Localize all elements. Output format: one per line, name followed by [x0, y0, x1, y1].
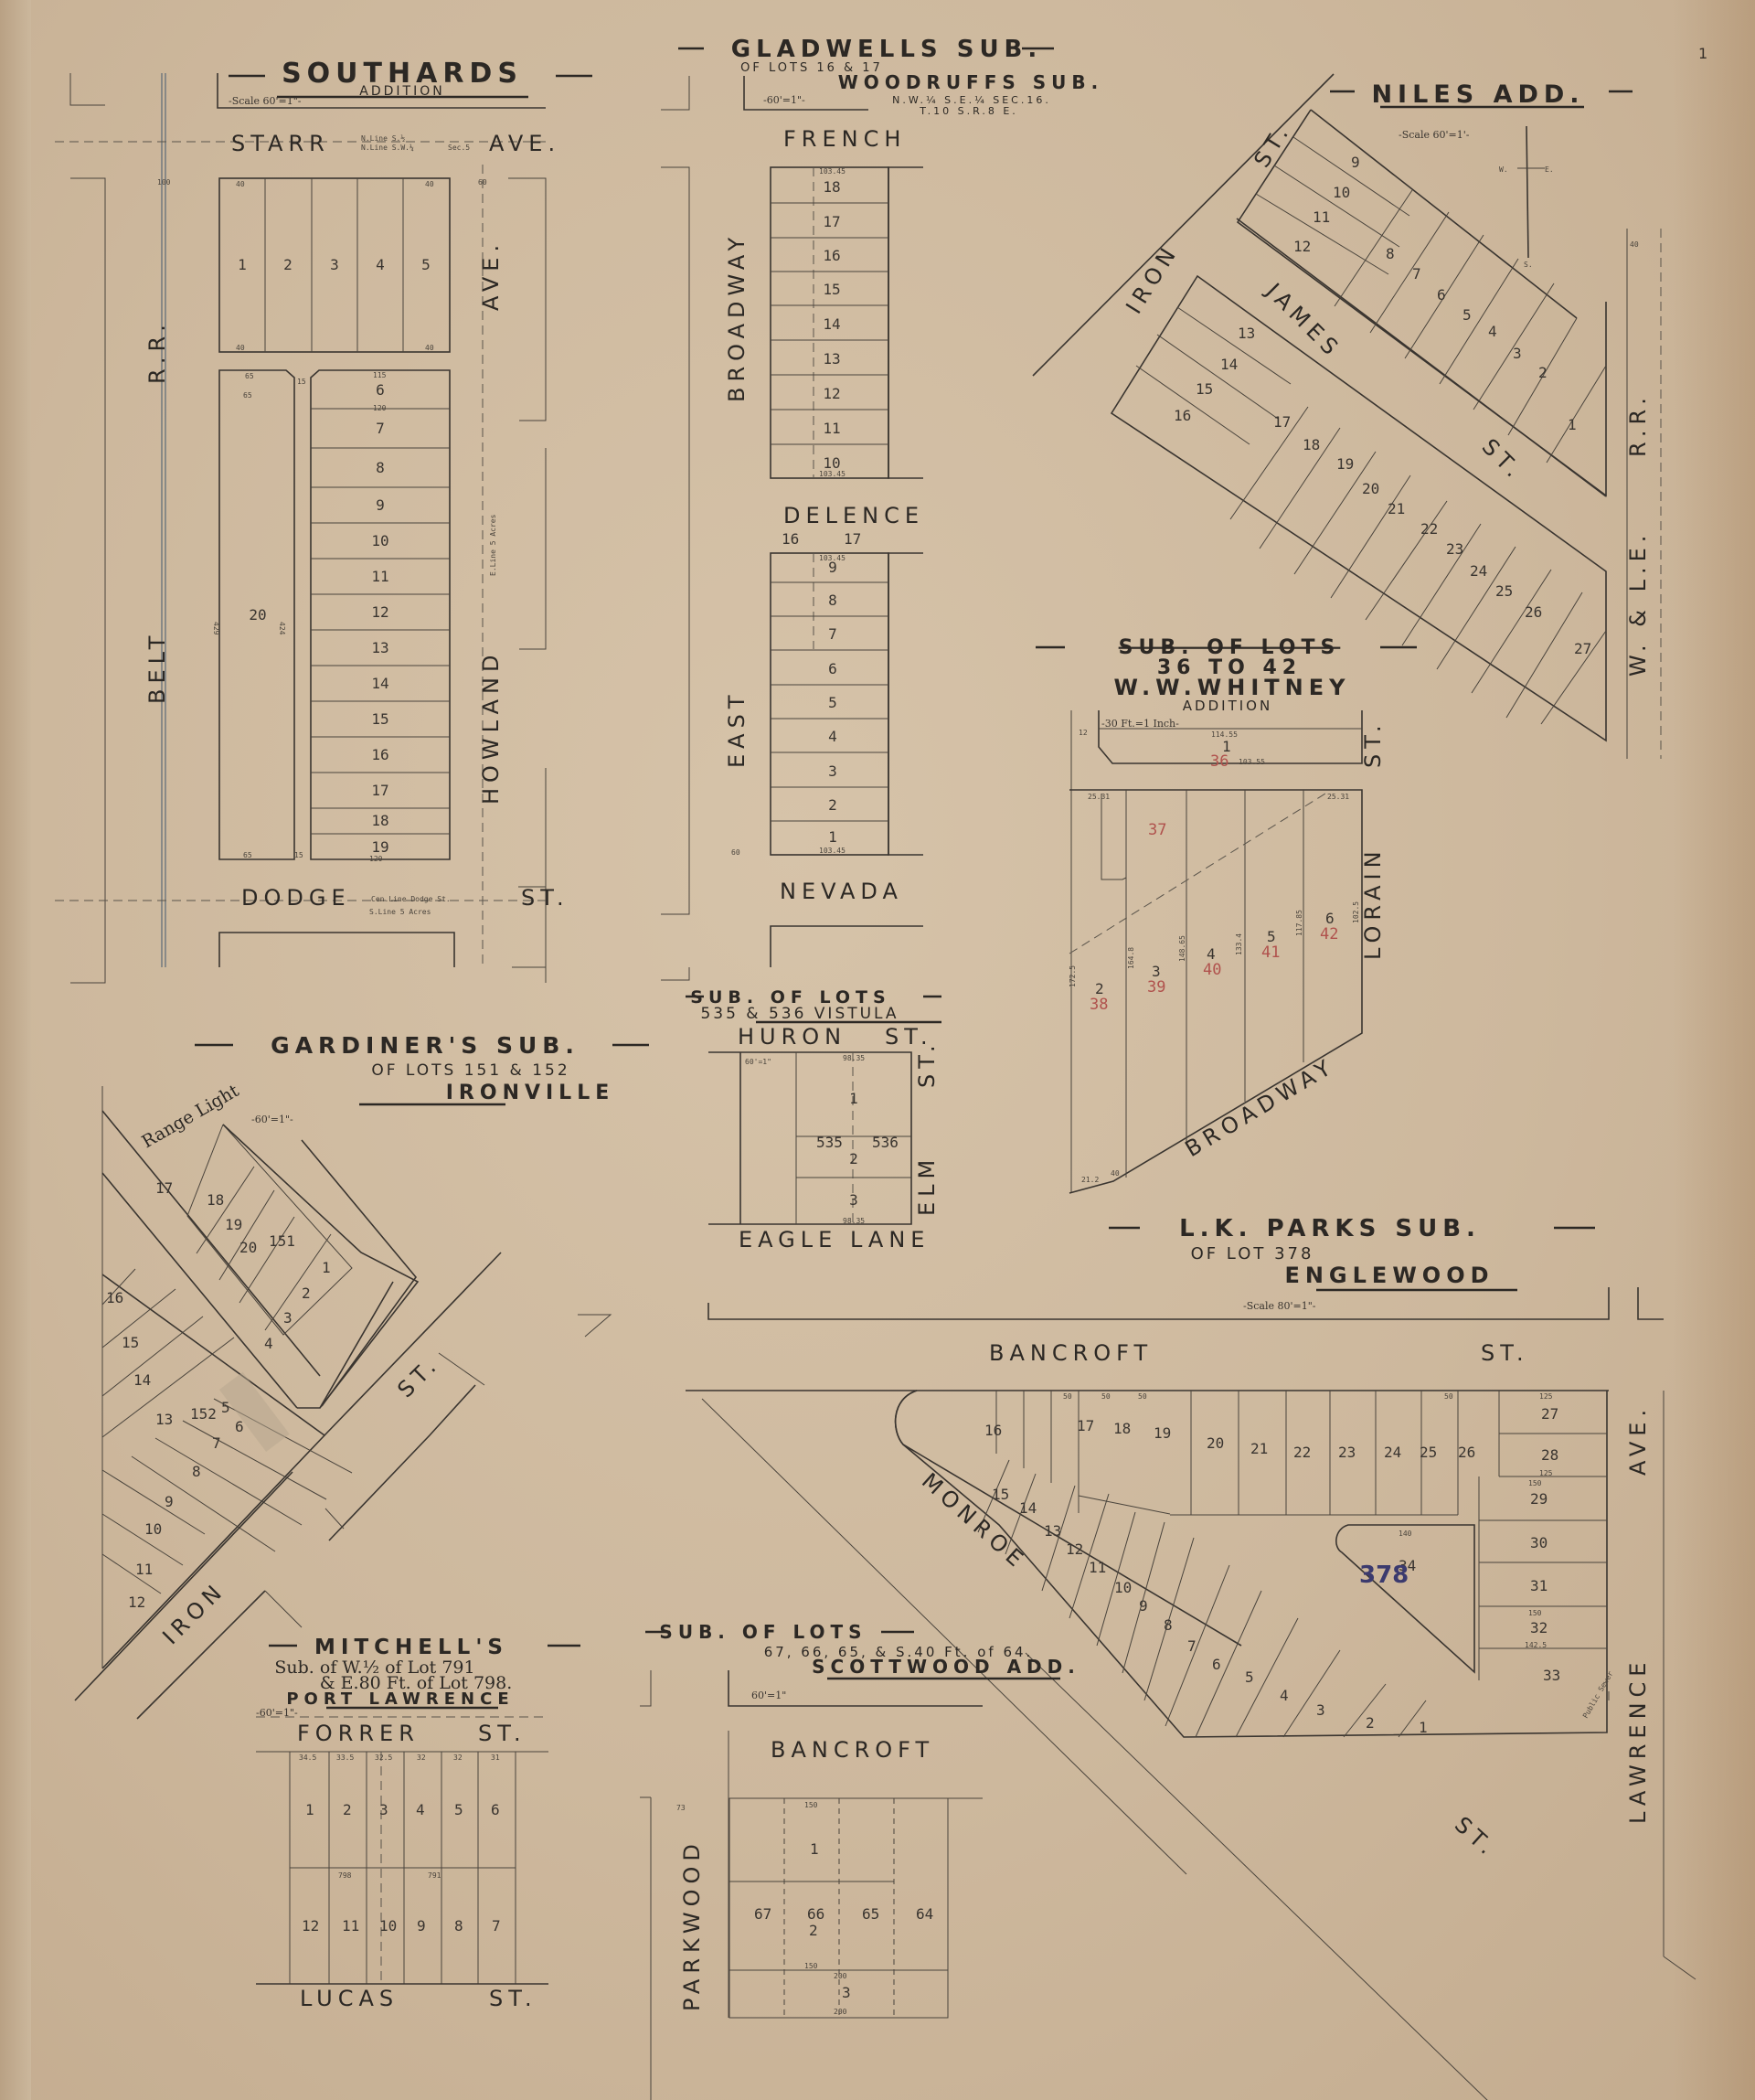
- svg-text:W.W.WHITNEY: W.W.WHITNEY: [1114, 675, 1351, 700]
- svg-text:798: 798: [338, 1871, 352, 1880]
- svg-text:7: 7: [828, 625, 837, 643]
- svg-text:9: 9: [417, 1917, 426, 1935]
- svg-text:6: 6: [828, 660, 837, 677]
- street-gardiner-st: ST.: [392, 1350, 444, 1402]
- lot-13: 13: [823, 350, 840, 368]
- svg-text:66: 66: [807, 1905, 824, 1923]
- svg-text:150: 150: [1528, 1609, 1542, 1617]
- svg-text:14: 14: [133, 1371, 151, 1389]
- street-monroe-suffix: ST.: [1450, 1812, 1503, 1863]
- svg-text:16: 16: [782, 530, 799, 548]
- svg-text:15: 15: [122, 1334, 139, 1351]
- southards-addition: SOUTHARDS ADDITION -Scale 60'=1"- STARR …: [55, 58, 592, 983]
- svg-text:7: 7: [212, 1434, 221, 1452]
- svg-text:ST.: ST.: [489, 1986, 537, 2011]
- svg-text:15: 15: [1196, 380, 1213, 398]
- street-starr-suffix: AVE.: [489, 131, 560, 156]
- svg-text:ST.: ST.: [914, 1039, 940, 1088]
- lot-17: 17: [371, 782, 388, 799]
- scottwood-sub: SUB. OF LOTS 67, 66, 65, & S.40 Ft. of 6…: [640, 1621, 1080, 2100]
- svg-text:103.45: 103.45: [819, 470, 846, 478]
- svg-text:6: 6: [235, 1418, 244, 1435]
- svg-text:40: 40: [236, 344, 245, 352]
- svg-text:98.35: 98.35: [843, 1217, 865, 1225]
- lot-17: 17: [823, 213, 840, 230]
- southards-scale: -Scale 60'=1"-: [229, 95, 302, 107]
- svg-text:8: 8: [1386, 245, 1395, 262]
- svg-text:24: 24: [1470, 562, 1487, 580]
- svg-text:103.45: 103.45: [819, 554, 846, 562]
- street-starr: STARR: [231, 131, 330, 156]
- svg-text:3: 3: [828, 762, 837, 780]
- svg-text:12: 12: [1066, 1540, 1083, 1558]
- svg-text:Public Sewer: Public Sewer: [1581, 1669, 1615, 1720]
- lot-red-37: 37: [1148, 821, 1166, 839]
- svg-text:21: 21: [1250, 1440, 1268, 1457]
- lot-16: 16: [823, 247, 840, 264]
- svg-text:24: 24: [1384, 1444, 1401, 1461]
- svg-text:8: 8: [192, 1463, 201, 1480]
- lot-11: 11: [371, 568, 388, 585]
- lot-11: 11: [823, 420, 840, 437]
- svg-text:1: 1: [1419, 1719, 1428, 1736]
- lot-1: 1: [238, 256, 247, 273]
- svg-text:20: 20: [1362, 480, 1379, 497]
- svg-text:103.55: 103.55: [1239, 758, 1265, 766]
- mitchells-title: MITCHELL'S: [314, 1636, 508, 1659]
- svg-text:32.5: 32.5: [375, 1754, 392, 1762]
- railroad-wle-suffix: R.R.: [1625, 392, 1651, 457]
- svg-text:19: 19: [225, 1216, 242, 1233]
- svg-text:26: 26: [1458, 1444, 1475, 1461]
- svg-text:10: 10: [144, 1520, 162, 1538]
- svg-text:ENGLEWOOD: ENGLEWOOD: [1284, 1263, 1494, 1288]
- orig-lot-152: 152: [190, 1405, 217, 1423]
- svg-text:15: 15: [992, 1486, 1009, 1503]
- svg-text:28: 28: [1541, 1446, 1558, 1464]
- svg-text:4: 4: [416, 1801, 425, 1818]
- svg-text:31: 31: [491, 1754, 500, 1762]
- svg-text:14: 14: [1220, 356, 1238, 373]
- gladwells-title: GLADWELLS SUB.: [731, 36, 1043, 63]
- svg-text:114.55: 114.55: [1211, 730, 1238, 739]
- svg-text:50: 50: [1444, 1392, 1453, 1401]
- page-number: 1: [1698, 45, 1710, 62]
- svg-text:2: 2: [1366, 1714, 1375, 1732]
- svg-text:4: 4: [264, 1335, 273, 1352]
- svg-text:150: 150: [1528, 1479, 1542, 1487]
- svg-text:140: 140: [1399, 1530, 1412, 1538]
- plat-map-sheet: 1 SOUTHARDS ADDITION -Scale 60'=1"- STAR…: [0, 0, 1755, 2100]
- svg-text:60'=1": 60'=1": [745, 1058, 771, 1066]
- svg-text:34.5: 34.5: [299, 1754, 316, 1762]
- svg-text:27: 27: [1574, 640, 1591, 657]
- svg-text:117.85: 117.85: [1295, 910, 1303, 936]
- svg-text:S.Line 5 Acres: S.Line 5 Acres: [369, 908, 431, 916]
- svg-text:21.2: 21.2: [1081, 1176, 1099, 1184]
- svg-text:535 & 536 VISTULA: 535 & 536 VISTULA: [700, 1005, 899, 1023]
- svg-text:5: 5: [828, 694, 837, 711]
- svg-text:148.65: 148.65: [1178, 935, 1186, 962]
- svg-text:36: 36: [1210, 752, 1228, 771]
- svg-text:120: 120: [369, 855, 383, 863]
- street-delence: DELENCE: [783, 503, 924, 528]
- svg-text:N.Line S.½: N.Line S.½: [361, 133, 405, 143]
- svg-text:6: 6: [1212, 1656, 1221, 1673]
- svg-text:21: 21: [1388, 500, 1405, 517]
- lot-19: 19: [371, 838, 388, 856]
- svg-text:13: 13: [1044, 1522, 1061, 1540]
- svg-text:535: 535: [816, 1134, 843, 1151]
- svg-text:31: 31: [1530, 1577, 1548, 1594]
- svg-text:33: 33: [1543, 1667, 1560, 1684]
- lot-14: 14: [823, 315, 840, 333]
- street-eagle-lane: EAGLE: [739, 1227, 837, 1253]
- svg-text:13: 13: [155, 1411, 173, 1428]
- orig-lot-378: 378: [1359, 1562, 1409, 1589]
- svg-text:15: 15: [294, 851, 303, 859]
- svg-text:41: 41: [1261, 943, 1280, 962]
- lot-16: 16: [371, 746, 388, 763]
- svg-text:40: 40: [236, 180, 245, 188]
- svg-text:T.10 S.R.8 E.: T.10 S.R.8 E.: [919, 105, 1018, 117]
- svg-text:S.: S.: [1524, 261, 1533, 269]
- svg-text:200: 200: [834, 2008, 847, 2016]
- svg-text:11: 11: [135, 1561, 153, 1578]
- svg-text:19: 19: [1154, 1424, 1171, 1442]
- scottwood-title: SUB. OF LOTS: [659, 1621, 867, 1643]
- svg-text:120: 120: [373, 404, 387, 412]
- mitchells-sub: MITCHELL'S Sub. of W.½ of Lot 791 & E.80…: [256, 1636, 580, 2011]
- street-iron-suffix: ST.: [1249, 118, 1296, 173]
- svg-text:ST.: ST.: [478, 1721, 526, 1746]
- lot-2: 2: [283, 256, 292, 273]
- svg-text:30: 30: [1530, 1534, 1548, 1551]
- svg-text:25: 25: [1495, 582, 1513, 600]
- svg-text:65: 65: [862, 1905, 879, 1923]
- lot-12: 12: [371, 603, 388, 621]
- svg-text:8: 8: [1164, 1616, 1173, 1634]
- street-east: EAST: [724, 690, 750, 768]
- lot-9: 9: [376, 496, 385, 514]
- svg-text:102.5: 102.5: [1352, 901, 1360, 923]
- svg-text:42: 42: [1320, 925, 1338, 943]
- svg-text:3: 3: [283, 1309, 292, 1327]
- svg-text:5: 5: [1462, 306, 1472, 324]
- svg-text:16: 16: [984, 1422, 1002, 1439]
- street-dodge-suffix: ST.: [521, 885, 569, 911]
- range-light-label: Range Light: [139, 1081, 243, 1152]
- svg-text:429: 429: [212, 622, 220, 635]
- svg-text:10: 10: [379, 1917, 397, 1935]
- svg-text:40: 40: [425, 344, 434, 352]
- railroad-label: R.R.: [144, 319, 170, 384]
- svg-text:IRONVILLE: IRONVILLE: [446, 1082, 615, 1104]
- svg-text:OF LOT 378: OF LOT 378: [1191, 1244, 1314, 1263]
- lot-14: 14: [371, 675, 388, 692]
- svg-text:100: 100: [157, 178, 171, 187]
- svg-text:20: 20: [239, 1239, 257, 1256]
- svg-text:103.45: 103.45: [819, 847, 846, 855]
- svg-text:WOODRUFFS SUB.: WOODRUFFS SUB.: [838, 71, 1103, 93]
- svg-text:150: 150: [804, 1962, 818, 1970]
- street-dodge: DODGE: [241, 885, 351, 911]
- street-broadway: BROADWAY: [724, 232, 750, 402]
- svg-text:E.: E.: [1545, 165, 1554, 174]
- svg-text:39: 39: [1147, 978, 1165, 997]
- svg-text:12: 12: [1293, 238, 1311, 255]
- svg-text:1: 1: [810, 1840, 819, 1858]
- street-james: JAMES: [1260, 277, 1346, 364]
- svg-text:65: 65: [243, 391, 252, 400]
- svg-text:2: 2: [809, 1922, 818, 1939]
- svg-text:16: 16: [1174, 407, 1191, 424]
- lot-3: 3: [330, 256, 339, 273]
- street-james-suffix: ST.: [1477, 433, 1529, 485]
- svg-text:142.5: 142.5: [1525, 1641, 1547, 1649]
- svg-text:32: 32: [417, 1754, 426, 1762]
- lot-7: 7: [376, 420, 385, 437]
- svg-text:15: 15: [297, 378, 306, 386]
- svg-text:125: 125: [1539, 1469, 1553, 1477]
- lot-5: 5: [421, 256, 431, 273]
- street-broadway-whitney: BROADWAY: [1181, 1052, 1340, 1162]
- svg-text:OF LOTS 151 & 152: OF LOTS 151 & 152: [371, 1061, 569, 1080]
- svg-text:40: 40: [1111, 1169, 1120, 1178]
- street-bancroft: BANCROFT: [989, 1340, 1153, 1366]
- svg-text:-60'=1"-: -60'=1"-: [763, 94, 805, 106]
- lot-15: 15: [823, 281, 840, 298]
- svg-text:22: 22: [1293, 1444, 1311, 1461]
- svg-text:18: 18: [1113, 1420, 1131, 1437]
- svg-text:40: 40: [425, 180, 434, 188]
- svg-text:16: 16: [106, 1289, 123, 1306]
- lot-8: 8: [376, 459, 385, 476]
- lot-10: 10: [371, 532, 388, 549]
- svg-text:1: 1: [305, 1801, 314, 1818]
- svg-text:19: 19: [1336, 455, 1354, 473]
- svg-text:65: 65: [243, 851, 252, 859]
- lot-4: 4: [376, 256, 385, 273]
- railroad-wle: W. & L.E.: [1625, 530, 1651, 677]
- lot-12: 12: [823, 385, 840, 402]
- svg-text:11: 11: [1089, 1559, 1106, 1576]
- svg-text:13: 13: [1238, 325, 1255, 342]
- svg-text:65: 65: [245, 372, 254, 380]
- svg-text:125: 125: [1539, 1392, 1553, 1401]
- svg-text:4: 4: [828, 728, 837, 745]
- svg-text:4: 4: [1280, 1687, 1289, 1704]
- svg-text:40: 40: [1203, 961, 1221, 979]
- svg-text:10: 10: [1333, 184, 1350, 201]
- svg-text:26: 26: [1525, 603, 1542, 621]
- street-elm: ELM: [914, 1155, 940, 1216]
- street-monroe: MONROE: [917, 1468, 1032, 1575]
- svg-text:424: 424: [278, 622, 286, 635]
- svg-text:73: 73: [676, 1804, 686, 1812]
- svg-text:1: 1: [828, 828, 837, 846]
- svg-text:27: 27: [1541, 1405, 1558, 1423]
- svg-text:E.Line 5 Acres: E.Line 5 Acres: [489, 514, 497, 576]
- svg-text:2: 2: [849, 1150, 858, 1167]
- niles-title: NILES ADD.: [1371, 80, 1584, 109]
- svg-text:67: 67: [754, 1905, 771, 1923]
- svg-text:18: 18: [207, 1191, 224, 1209]
- svg-text:103.45: 103.45: [819, 167, 846, 176]
- svg-text:2: 2: [343, 1801, 352, 1818]
- svg-text:5: 5: [454, 1801, 463, 1818]
- svg-text:98.35: 98.35: [843, 1054, 865, 1062]
- svg-text:60: 60: [478, 178, 487, 187]
- svg-text:33.5: 33.5: [336, 1754, 354, 1762]
- svg-text:-Scale 80'=1"-: -Scale 80'=1"-: [1243, 1300, 1316, 1312]
- street-lawrence: LAWRENCE: [1625, 1658, 1651, 1824]
- svg-text:60: 60: [731, 848, 740, 857]
- svg-text:4: 4: [1488, 323, 1497, 340]
- svg-text:29: 29: [1530, 1490, 1548, 1508]
- svg-text:8: 8: [828, 592, 837, 609]
- svg-text:3: 3: [379, 1801, 388, 1818]
- svg-text:14: 14: [1019, 1499, 1037, 1517]
- svg-text:115: 115: [373, 371, 387, 379]
- street-huron: HURON: [738, 1024, 846, 1050]
- svg-text:25: 25: [1420, 1444, 1437, 1461]
- parks-title: L.K. PARKS SUB.: [1179, 1215, 1481, 1242]
- svg-text:17: 17: [1273, 413, 1291, 431]
- plat-map-canvas: 1 SOUTHARDS ADDITION -Scale 60'=1"- STAR…: [0, 0, 1755, 2100]
- svg-text:50: 50: [1063, 1392, 1072, 1401]
- svg-text:9: 9: [1351, 154, 1360, 171]
- svg-text:9: 9: [1139, 1597, 1148, 1615]
- svg-text:7: 7: [1412, 265, 1421, 282]
- svg-text:3: 3: [842, 1984, 851, 2001]
- svg-text:12: 12: [1079, 729, 1088, 737]
- gardiners-title: GARDINER'S SUB.: [271, 1032, 580, 1059]
- svg-text:12: 12: [302, 1917, 319, 1935]
- svg-text:LANE: LANE: [850, 1227, 930, 1253]
- svg-text:10: 10: [1114, 1579, 1132, 1596]
- svg-text:164.8: 164.8: [1127, 947, 1135, 969]
- svg-text:3: 3: [1316, 1701, 1325, 1719]
- svg-text:1: 1: [1568, 416, 1577, 433]
- svg-text:38: 38: [1090, 996, 1108, 1014]
- svg-text:17: 17: [1077, 1417, 1094, 1434]
- svg-text:32: 32: [1530, 1619, 1548, 1636]
- svg-text:SCOTTWOOD ADD.: SCOTTWOOD ADD.: [812, 1656, 1080, 1678]
- svg-text:Sec.5: Sec.5: [448, 144, 470, 152]
- lot-18: 18: [371, 812, 388, 829]
- street-forrer: FORRER: [297, 1721, 420, 1746]
- lot-20: 20: [249, 606, 266, 624]
- street-lorain-suffix: ST.: [1360, 720, 1386, 768]
- svg-text:ST.: ST.: [1481, 1340, 1529, 1366]
- svg-text:791: 791: [428, 1871, 441, 1880]
- svg-text:11: 11: [1313, 208, 1330, 226]
- street-howland: HOWLAND: [478, 650, 504, 805]
- street-lorain: LORAIN: [1360, 846, 1386, 960]
- svg-text:11: 11: [342, 1917, 359, 1935]
- whitney-addition: SUB. OF LOTS 36 TO 42 W.W.WHITNEY ADDITI…: [1036, 636, 1417, 1193]
- svg-text:23: 23: [1446, 540, 1463, 558]
- street-lawrence-suffix: AVE.: [1625, 1404, 1651, 1476]
- svg-text:W.: W.: [1499, 165, 1508, 174]
- lot-13: 13: [371, 639, 388, 656]
- svg-text:-Scale 60'=1'-: -Scale 60'=1'-: [1399, 129, 1470, 141]
- street-howland-ave-upper: AVE.: [478, 240, 504, 311]
- gardiners-sub: GARDINER'S SUB. OF LOTS 151 & 152 IRONVI…: [75, 1032, 649, 1719]
- svg-text:18: 18: [1303, 436, 1320, 453]
- svg-text:6: 6: [491, 1801, 500, 1818]
- svg-text:ADDITION: ADDITION: [1183, 698, 1272, 714]
- svg-text:22: 22: [1420, 520, 1438, 538]
- svg-text:Cen.Line Dodge St.: Cen.Line Dodge St.: [371, 895, 451, 903]
- svg-text:172.5: 172.5: [1069, 965, 1077, 987]
- svg-text:40: 40: [1630, 240, 1639, 249]
- street-lucas: LUCAS: [300, 1986, 399, 2011]
- svg-text:25.31: 25.31: [1327, 793, 1349, 801]
- svg-text:17: 17: [155, 1179, 173, 1197]
- svg-text:-30 Ft.=1 Inch-: -30 Ft.=1 Inch-: [1101, 718, 1179, 730]
- street-parkwood: PARKWOOD: [679, 1839, 705, 2011]
- svg-text:6: 6: [1437, 286, 1446, 304]
- svg-text:50: 50: [1138, 1392, 1147, 1401]
- svg-text:133.4: 133.4: [1235, 933, 1243, 955]
- svg-text:3: 3: [849, 1191, 858, 1209]
- svg-text:8: 8: [454, 1917, 463, 1935]
- svg-text:9: 9: [165, 1493, 174, 1510]
- svg-text:2: 2: [302, 1285, 311, 1302]
- svg-text:536: 536: [872, 1134, 899, 1151]
- svg-text:7: 7: [1187, 1637, 1197, 1655]
- svg-text:17: 17: [844, 530, 861, 548]
- svg-text:150: 150: [804, 1801, 818, 1809]
- vistula-sub: SUB. OF LOTS 535 & 536 VISTULA HURON ST.…: [686, 987, 941, 1253]
- svg-text:5: 5: [1245, 1668, 1254, 1686]
- svg-text:PORT LAWRENCE: PORT LAWRENCE: [286, 1690, 514, 1709]
- lot-18: 18: [823, 178, 840, 196]
- svg-text:200: 200: [834, 1972, 847, 1980]
- orig-lot-151: 151: [269, 1232, 295, 1250]
- street-bancroft-scottwood: BANCROFT: [771, 1737, 934, 1763]
- street-iron-gardiner: IRON: [157, 1577, 230, 1650]
- svg-text:60'=1": 60'=1": [751, 1690, 786, 1701]
- svg-text:N.Line S.W.¼: N.Line S.W.¼: [361, 144, 414, 152]
- svg-text:2: 2: [1538, 364, 1548, 381]
- compass-needle: [1526, 126, 1528, 258]
- svg-text:1: 1: [322, 1259, 331, 1276]
- svg-text:3: 3: [1513, 345, 1522, 362]
- street-belt: BELT: [144, 631, 170, 704]
- lot-15: 15: [371, 710, 388, 728]
- street-french: FRENCH: [783, 126, 906, 152]
- svg-text:50: 50: [1101, 1392, 1111, 1401]
- svg-text:20: 20: [1207, 1434, 1224, 1452]
- svg-text:7: 7: [492, 1917, 501, 1935]
- svg-text:-60'=1"-: -60'=1"-: [251, 1114, 293, 1125]
- svg-text:12: 12: [128, 1594, 145, 1611]
- lot-6: 6: [376, 381, 385, 399]
- svg-text:23: 23: [1338, 1444, 1356, 1461]
- gladwells-sub: GLADWELLS SUB. OF LOTS 16 & 17 WOODRUFFS…: [661, 36, 1103, 980]
- svg-text:1: 1: [849, 1090, 858, 1107]
- svg-text:64: 64: [916, 1905, 933, 1923]
- svg-text:32: 32: [453, 1754, 463, 1762]
- svg-text:2: 2: [828, 796, 837, 814]
- svg-text:25.31: 25.31: [1088, 793, 1110, 801]
- street-nevada: NEVADA: [780, 879, 903, 904]
